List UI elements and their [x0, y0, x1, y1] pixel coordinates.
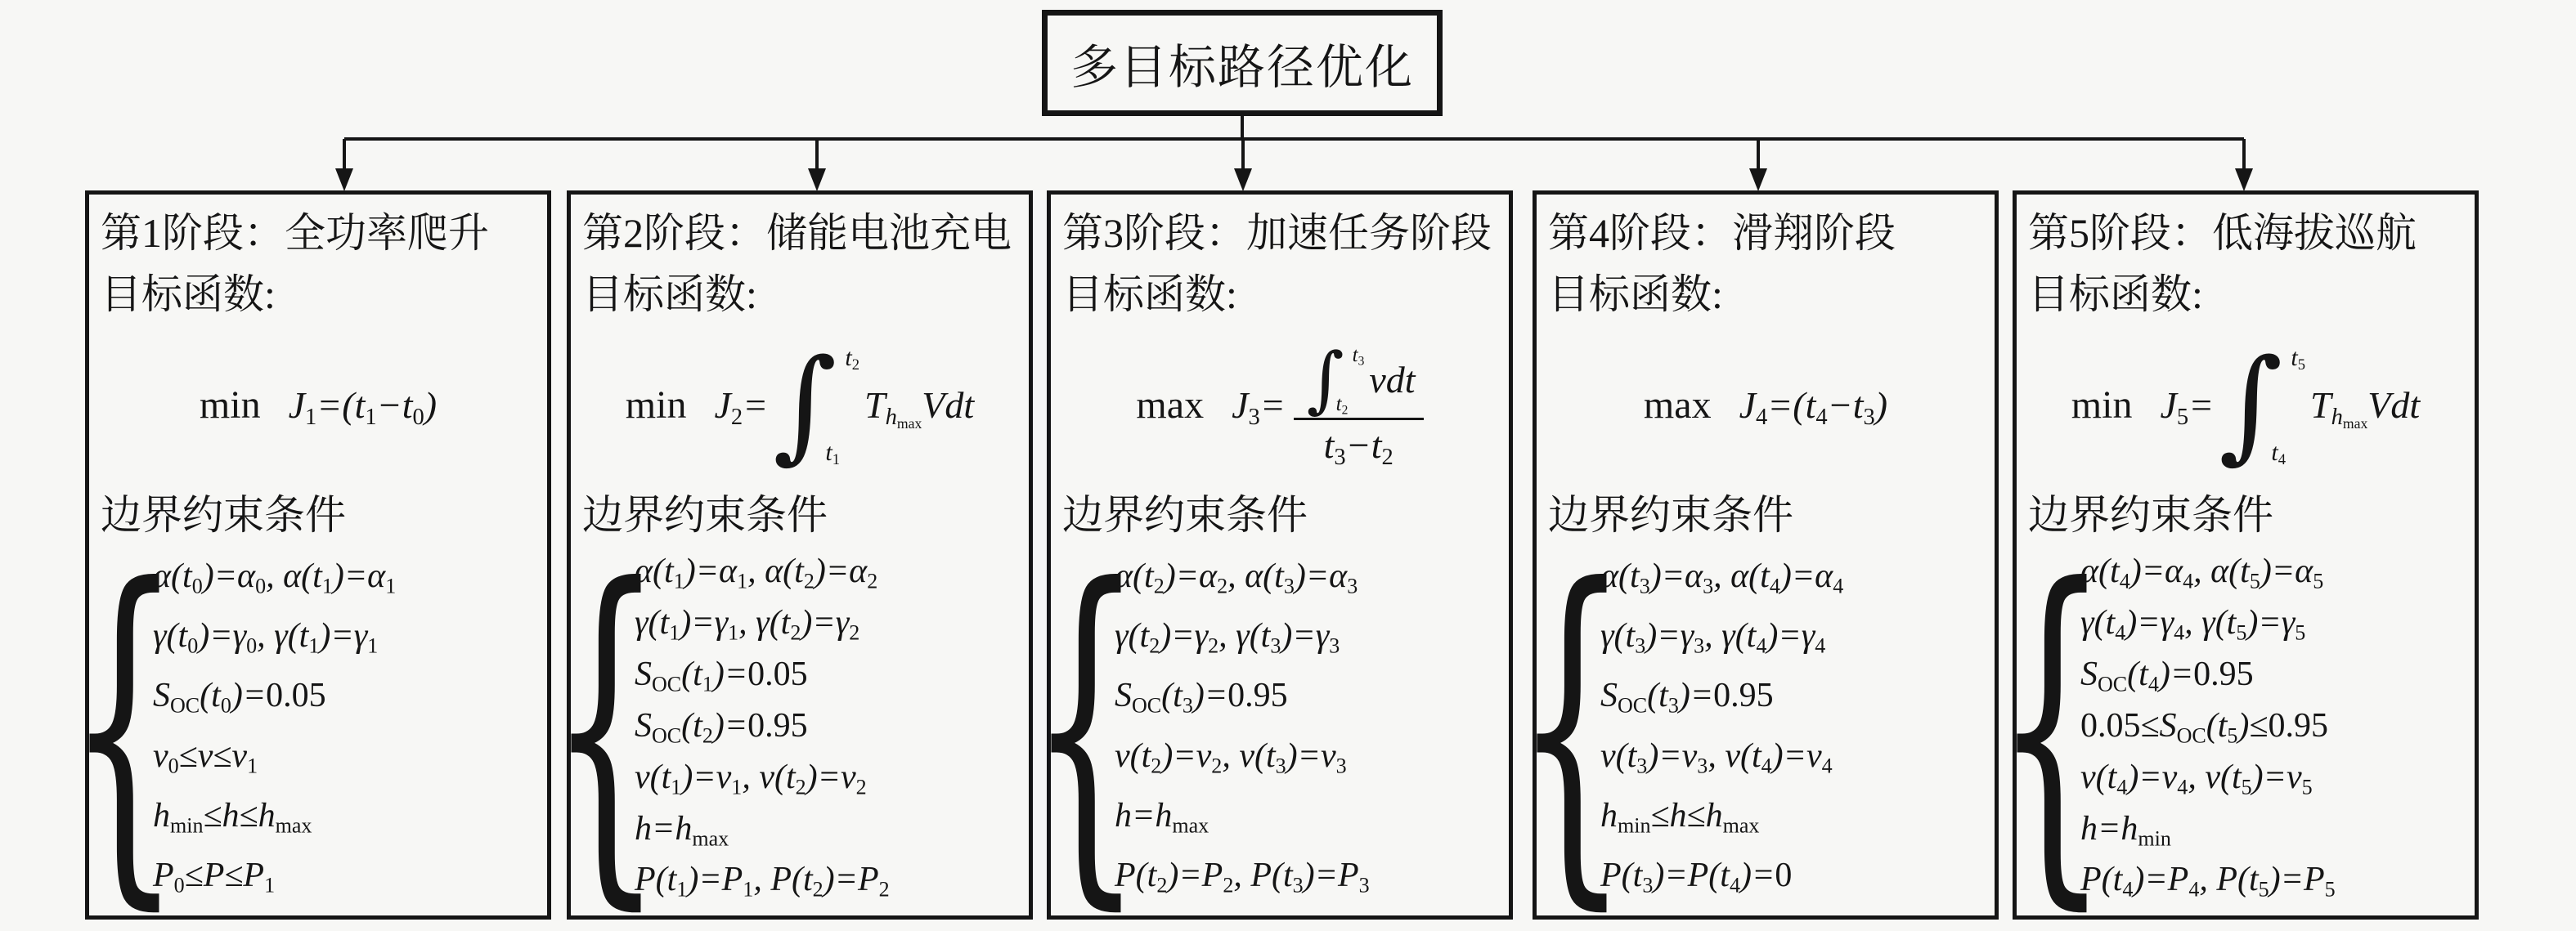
stage-3-title: 第3阶段：加速任务阶段 — [1062, 203, 1497, 264]
constraint-list: α(t2)=α2, α(t3)=α3γ(t2)=γ2, γ(t3)=γ3SOC(… — [1110, 546, 1497, 906]
stage-4-title: 第4阶段：滑翔阶段 — [1548, 203, 1983, 264]
connector-arrow-stem-4 — [1757, 139, 1760, 172]
stage-1-box: 第1阶段：全功率爬升 目标函数: min J1=(t1−t0) 边界约束条件 {… — [85, 190, 551, 920]
objective-formula: min J5= ∫ t5 t4 ThmaxVdt — [2028, 325, 2463, 485]
constraint-line: SOC(t1)=0.05 — [635, 655, 1017, 694]
integral-upper-limit: t2 — [845, 344, 859, 372]
constraint-line: α(t0)=α0, α(t1)=α1 — [153, 557, 536, 596]
stage-5-box: 第5阶段：低海拔巡航 目标函数: min J5= ∫ t5 t4 ThmaxVd… — [2013, 190, 2479, 920]
objective-lhs: J3= — [1232, 383, 1286, 427]
objective-keyword: min — [2071, 383, 2133, 427]
connector-horizontal-line — [344, 137, 2244, 141]
constraint-line: α(t1)=α1, α(t2)=α2 — [635, 552, 1017, 591]
constraint-list: α(t0)=α0, α(t1)=α1γ(t0)=γ0, γ(t1)=γ1SOC(… — [148, 546, 536, 906]
constraint-list: α(t3)=α3, α(t4)=α4γ(t3)=γ3, γ(t4)=γ4SOC(… — [1595, 546, 1983, 906]
constraint-line: γ(t3)=γ3, γ(t4)=γ4 — [1600, 616, 1983, 656]
integral-lower-limit: t1 — [825, 439, 859, 467]
arrow-down-icon — [335, 168, 353, 191]
stage-2-box: 第2阶段：储能电池充电 目标函数: min J2= ∫ t2 t1 ThmaxV… — [567, 190, 1033, 920]
integrand: vdt — [1369, 358, 1415, 401]
arrow-down-icon — [2235, 168, 2253, 191]
left-brace: { — [1062, 546, 1110, 906]
integrand: ThmaxVdt — [864, 383, 974, 427]
objective-formula: min J2= ∫ t2 t1 ThmaxVdt — [582, 325, 1017, 485]
constraint-line: P0≤P≤P1 — [153, 856, 536, 895]
integrand: ThmaxVdt — [2310, 383, 2420, 427]
integral-lower-limit: t2 — [1336, 393, 1365, 416]
left-brace: { — [582, 546, 630, 906]
flowchart-canvas: 多目标路径优化 第1阶段：全功率爬升 目标函数: min J1=(t1−t0) … — [0, 0, 2576, 931]
constraint-list: α(t4)=α4, α(t5)=α5γ(t4)=γ4, γ(t5)=γ5SOC(… — [2076, 546, 2463, 906]
objective-keyword: min — [626, 383, 687, 427]
stage-4-box: 第4阶段：滑翔阶段 目标函数: max J4=(t4−t3) 边界约束条件 { … — [1533, 190, 1999, 920]
constraint-line: γ(t0)=γ0, γ(t1)=γ1 — [153, 616, 536, 656]
constraint-line: v(t1)=v1, v(t2)=v2 — [635, 758, 1017, 797]
left-brace: { — [101, 546, 148, 906]
integral: ∫ t5 t4 — [2219, 344, 2305, 467]
constraint-line: v(t3)=v3, v(t4)=v4 — [1600, 736, 1983, 776]
constraint-line: P(t1)=P1, P(t2)=P2 — [635, 860, 1017, 899]
objective-keyword: max — [1644, 383, 1712, 427]
objective-lhs: J5= — [2160, 383, 2214, 427]
constraint-line: v(t4)=v4, v(t5)=v5 — [2080, 758, 2463, 797]
objective-formula: min J1=(t1−t0) — [101, 325, 536, 485]
connector-arrow-stem-5 — [2242, 139, 2246, 172]
constraint-line: h=hmin — [2080, 809, 2463, 848]
constraint-line: v0≤v≤v1 — [153, 736, 536, 776]
connector-arrow-stem-2 — [815, 139, 819, 172]
objective-formula: max J4=(t4−t3) — [1548, 325, 1983, 485]
stage-3-box: 第3阶段：加速任务阶段 目标函数: max J3= ∫ t3 t2 vdt t3… — [1047, 190, 1513, 920]
integral-upper-limit: t5 — [2291, 344, 2305, 372]
objective-label: 目标函数: — [1062, 264, 1497, 325]
constraint-line: SOC(t3)=0.95 — [1115, 676, 1497, 715]
constraints-block: { α(t2)=α2, α(t3)=α3γ(t2)=γ2, γ(t3)=γ3SO… — [1062, 546, 1497, 906]
objective-lhs: J2= — [714, 383, 768, 427]
constraint-line: α(t2)=α2, α(t3)=α3 — [1115, 557, 1497, 596]
integral-lower-limit: t4 — [2271, 439, 2305, 467]
fraction: ∫ t3 t2 vdt t3−t2 — [1294, 344, 1424, 467]
constraints-block: { α(t0)=α0, α(t1)=α1γ(t0)=γ0, γ(t1)=γ1SO… — [101, 546, 536, 906]
connector-arrow-stem-3 — [1241, 139, 1245, 172]
constraint-line: v(t2)=v2, v(t3)=v3 — [1115, 736, 1497, 776]
constraint-line: SOC(t2)=0.95 — [635, 706, 1017, 745]
integral: ∫ t3 t2 — [1307, 344, 1365, 416]
arrow-down-icon — [1234, 168, 1252, 191]
constraint-line: γ(t4)=γ4, γ(t5)=γ5 — [2080, 603, 2463, 642]
constraint-line: α(t4)=α4, α(t5)=α5 — [2080, 552, 2463, 591]
objective-keyword: min — [200, 383, 261, 427]
objective-label: 目标函数: — [2028, 264, 2463, 325]
constraint-line: P(t3)=P(t4)=0 — [1600, 856, 1983, 895]
objective-label: 目标函数: — [1548, 264, 1983, 325]
constraint-line: SOC(t4)=0.95 — [2080, 655, 2463, 694]
constraint-line: P(t2)=P2, P(t3)=P3 — [1115, 856, 1497, 895]
stage-2-title: 第2阶段：储能电池充电 — [582, 203, 1017, 264]
left-brace: { — [1548, 546, 1595, 906]
root-node-box: 多目标路径优化 — [1042, 10, 1443, 116]
arrow-down-icon — [808, 168, 826, 191]
constraint-line: hmin≤h≤hmax — [1600, 796, 1983, 835]
objective-keyword: max — [1136, 383, 1204, 427]
fraction-denominator: t3−t2 — [1324, 423, 1393, 467]
stage-1-title: 第1阶段：全功率爬升 — [101, 203, 536, 264]
constraint-line: γ(t1)=γ1, γ(t2)=γ2 — [635, 603, 1017, 642]
objective-label: 目标函数: — [101, 264, 536, 325]
constraint-line: α(t3)=α3, α(t4)=α4 — [1600, 557, 1983, 596]
fraction-numerator: ∫ t3 t2 vdt — [1294, 344, 1424, 420]
arrow-down-icon — [1749, 168, 1767, 191]
constraint-line: SOC(t3)=0.95 — [1600, 676, 1983, 715]
constraint-line: P(t4)=P4, P(t5)=P5 — [2080, 860, 2463, 899]
constraint-line: γ(t2)=γ2, γ(t3)=γ3 — [1115, 616, 1497, 656]
constraint-line: h=hmax — [1115, 796, 1497, 835]
objective-formula: max J3= ∫ t3 t2 vdt t3−t2 — [1062, 325, 1497, 485]
left-brace: { — [2028, 546, 2076, 906]
integral: ∫ t2 t1 — [773, 344, 859, 467]
constraints-block: { α(t1)=α1, α(t2)=α2γ(t1)=γ1, γ(t2)=γ2SO… — [582, 546, 1017, 906]
constraints-block: { α(t4)=α4, α(t5)=α5γ(t4)=γ4, γ(t5)=γ5SO… — [2028, 546, 2463, 906]
objective-expression: J1=(t1−t0) — [289, 383, 438, 427]
objective-expression: J4=(t4−t3) — [1739, 383, 1888, 427]
integral-upper-limit: t3 — [1353, 344, 1365, 367]
constraint-line: hmin≤h≤hmax — [153, 796, 536, 835]
constraint-line: h=hmax — [635, 809, 1017, 848]
constraint-line: SOC(t0)=0.05 — [153, 676, 536, 715]
stage-5-title: 第5阶段：低海拔巡航 — [2028, 203, 2463, 264]
constraints-block: { α(t3)=α3, α(t4)=α4γ(t3)=γ3, γ(t4)=γ4SO… — [1548, 546, 1983, 906]
connector-arrow-stem-1 — [343, 139, 346, 172]
constraint-list: α(t1)=α1, α(t2)=α2γ(t1)=γ1, γ(t2)=γ2SOC(… — [630, 546, 1017, 906]
objective-label: 目标函数: — [582, 264, 1017, 325]
constraint-line: 0.05≤SOC(t5)≤0.95 — [2080, 706, 2463, 745]
root-node-title: 多目标路径优化 — [1070, 29, 1414, 97]
